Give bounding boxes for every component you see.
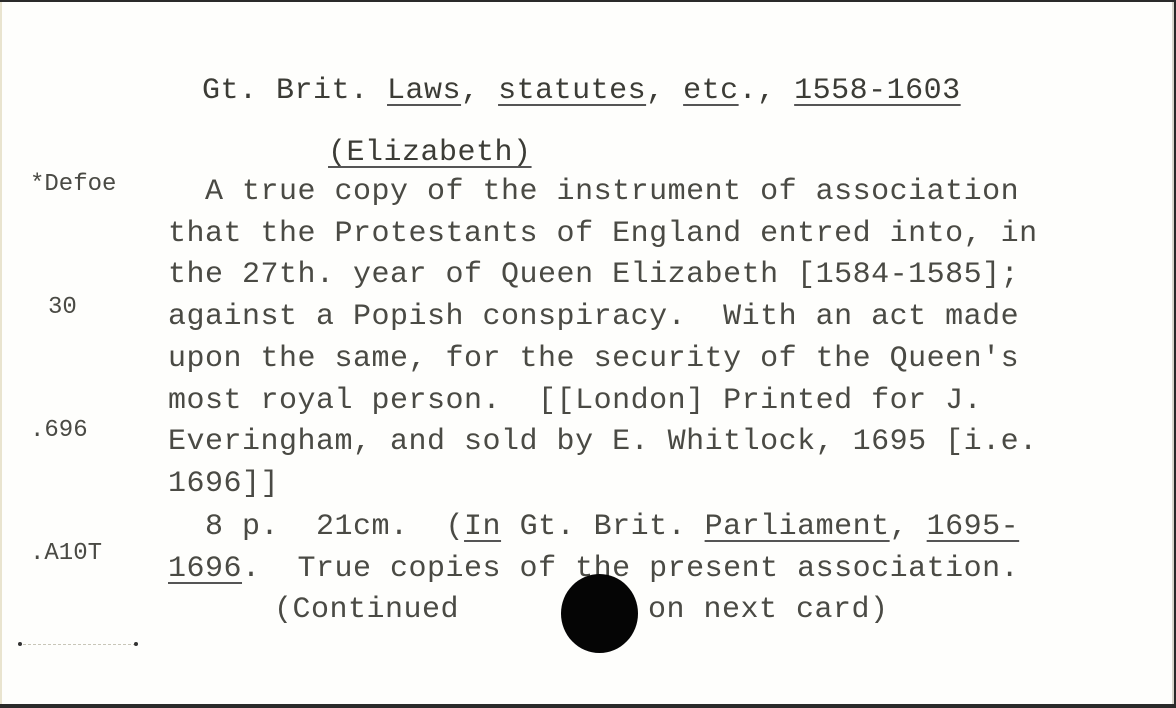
text-run: 8 p. 21cm. (: [168, 510, 464, 544]
call-number: *Defoe 30 .696 .A10T: [30, 82, 116, 656]
collation-line: 8 p. 21cm. (In Gt. Brit. Parliament, 169…: [168, 512, 1019, 542]
underlined-text: Laws: [387, 74, 461, 108]
body-line: Everingham, and sold by E. Whitlock, 169…: [168, 427, 1038, 457]
card-punch-hole: [561, 574, 638, 653]
text-run: Gt. Brit.: [202, 74, 387, 108]
underlined-text: 1695-: [927, 510, 1020, 544]
continued-note-left: (Continued: [274, 595, 459, 625]
call-number-line: .696: [30, 410, 116, 451]
body-line: most royal person. [[London] Printed for…: [168, 386, 982, 416]
body-line: A true copy of the instrument of associa…: [168, 177, 1019, 207]
body-line: against a Popish conspiracy. With an act…: [168, 302, 1019, 332]
guide-mark-dot: [134, 642, 138, 646]
guide-mark: [18, 644, 136, 645]
underlined-text: 1558-1603: [794, 74, 961, 108]
text-run: . True copies of the present association…: [242, 552, 1019, 586]
underlined-text: Parliament: [705, 510, 890, 544]
text-run: ,: [461, 74, 498, 108]
catalog-card: *Defoe 30 .696 .A10T Gt. Brit. Laws, sta…: [0, 2, 1174, 704]
text-run: ,: [646, 74, 683, 108]
guide-mark-dot: [18, 642, 22, 646]
body-line: that the Protestants of England entred i…: [168, 219, 1038, 249]
body-line: the 27th. year of Queen Elizabeth [1584-…: [168, 260, 1019, 290]
body-line: upon the same, for the security of the Q…: [168, 344, 1019, 374]
text-run: ,: [890, 510, 927, 544]
subject-heading: Gt. Brit. Laws, statutes, etc., 1558-160…: [202, 76, 961, 106]
underlined-text: statutes: [498, 74, 646, 108]
body-line: 1696]]: [168, 469, 279, 499]
continued-note-right: on next card): [648, 595, 889, 625]
underlined-text: 1696: [168, 552, 242, 586]
call-number-line: 30: [30, 287, 116, 328]
text-run: Gt. Brit.: [501, 510, 705, 544]
underlined-text: In: [464, 510, 501, 544]
heading-elizabeth: (Elizabeth): [328, 136, 532, 170]
call-number-line: *Defoe: [30, 164, 116, 205]
text-run: .,: [739, 74, 795, 108]
call-number-line: .A10T: [30, 533, 116, 574]
underlined-text: etc: [683, 74, 739, 108]
